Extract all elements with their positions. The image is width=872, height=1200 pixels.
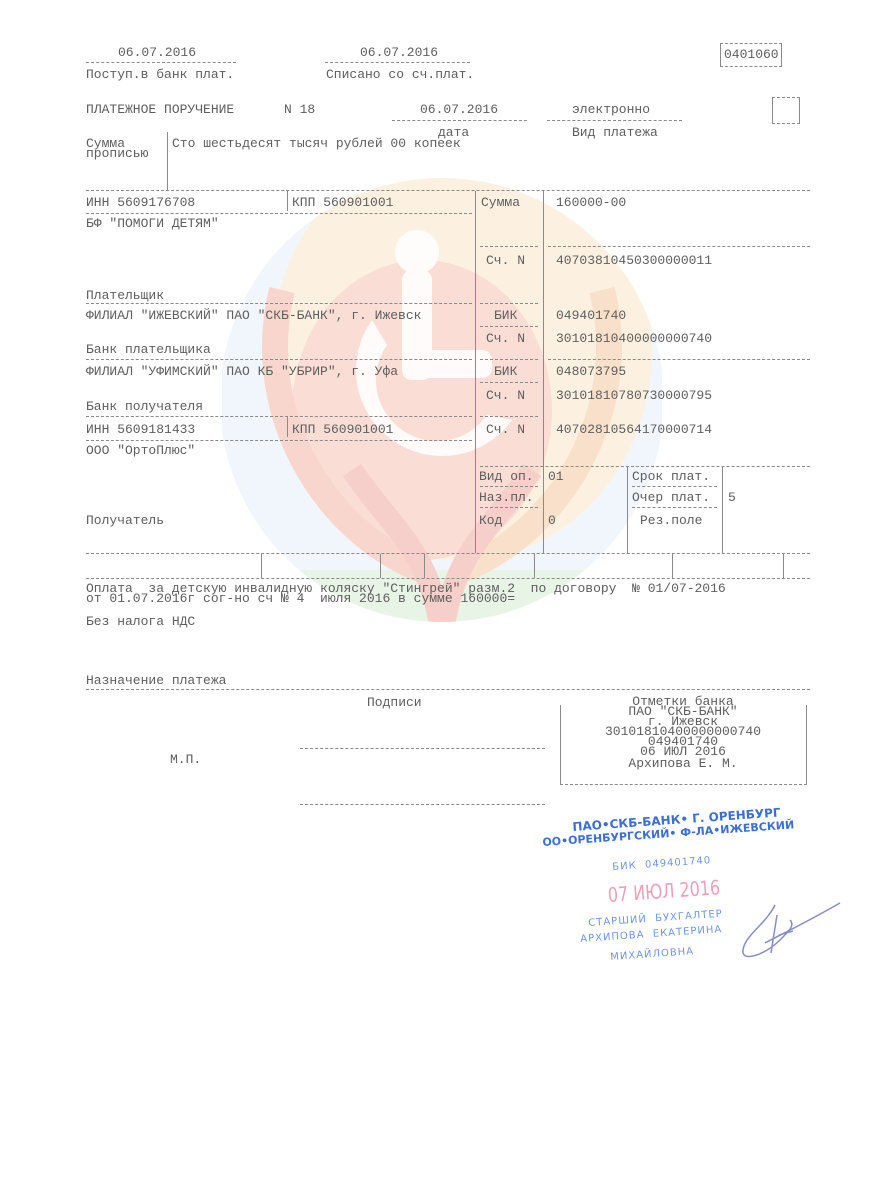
row-divider <box>480 359 538 360</box>
payee-inn: ИНН 5609181433 <box>86 423 195 437</box>
purpose-vat: Без налога НДС <box>86 615 195 629</box>
stamp-line-3: БИК 049401740 <box>612 855 712 873</box>
row-divider <box>548 359 810 360</box>
stamp-date: 07 ИЮЛ 2016 <box>607 875 721 907</box>
row-divider <box>480 507 538 508</box>
seal-label: М.П. <box>170 753 201 767</box>
row-divider <box>632 507 717 508</box>
row-divider <box>86 359 472 360</box>
payer-inn-kpp-divider <box>287 191 288 211</box>
order-date-divider <box>392 120 527 121</box>
payee-bank-bik-label: БИК <box>494 365 517 379</box>
status-box <box>772 97 800 124</box>
tax-field-divider <box>783 554 784 578</box>
payee-account: 40702810564170000714 <box>556 423 712 437</box>
column-divider-labels <box>475 191 476 553</box>
row-divider <box>86 440 472 441</box>
payee-name: ООО "ОртоПлюс" <box>86 444 195 458</box>
form-code-box: 0401060 <box>720 43 782 67</box>
order-date: 06.07.2016 <box>420 103 498 117</box>
column-divider-codes-values <box>722 467 723 553</box>
amount-words: Сто шестьдесят тысяч рублей 00 копеек <box>172 137 461 151</box>
code-value: 0 <box>548 514 556 528</box>
signature-line-2 <box>300 804 545 805</box>
payment-type: электронно <box>572 103 650 117</box>
row-divider <box>86 303 472 304</box>
code-label: Код <box>479 514 502 528</box>
amount-words-label-2: прописью <box>86 149 148 159</box>
amount-value: 160000-00 <box>556 196 626 210</box>
row-divider <box>632 486 717 487</box>
received-label: Поступ.в банк плат. <box>86 68 234 82</box>
payer-account-label: Сч. N <box>486 254 525 268</box>
row-divider <box>480 466 810 467</box>
payer-bank-account-label: Сч. N <box>486 332 525 346</box>
received-date: 06.07.2016 <box>118 46 196 60</box>
purpose-code-label: Наз.пл. <box>479 491 534 505</box>
row-divider <box>86 578 810 579</box>
tax-field-divider <box>380 554 381 578</box>
order-title: ПЛАТЕЖНОЕ ПОРУЧЕНИЕ <box>86 103 234 117</box>
payee-account-label: Сч. N <box>486 423 525 437</box>
payee-bank-account-label: Сч. N <box>486 389 525 403</box>
payee-bank-account: 30101810780730000795 <box>556 389 712 403</box>
purpose-label: Назначение платежа <box>86 674 226 688</box>
priority-label: Очер плат. <box>632 491 710 505</box>
tax-field-divider <box>424 554 425 578</box>
row-divider <box>86 213 472 214</box>
payment-type-divider <box>547 120 682 121</box>
payer-bank-account: 30101810400000000740 <box>556 332 712 346</box>
bank-marks-line: Архипова Е. М. <box>560 757 806 771</box>
debited-date-divider <box>325 62 470 63</box>
payer-name: БФ "ПОМОГИ ДЕТЯМ" <box>86 217 219 231</box>
purpose-line-2: от 01.07.2016г сог-но сч № 4 июля 2016 в… <box>86 594 515 604</box>
payer-bank-bik: 049401740 <box>556 309 626 323</box>
charity-logo-watermark <box>222 170 662 640</box>
bank-marks: Отметки банка ПАО "СКБ-БАНК" г. Ижевск 3… <box>560 697 806 771</box>
tax-field-divider <box>534 554 535 578</box>
row-divider <box>480 416 538 417</box>
bank-marks-bottom-border <box>560 784 807 785</box>
payer-bank-label: Банк плательщика <box>86 343 211 357</box>
tax-field-divider <box>672 554 673 578</box>
stamp-position-3: МИХАЙЛОВНА <box>610 946 694 963</box>
debited-label: Списано со сч.плат. <box>326 68 474 82</box>
received-date-divider <box>86 62 236 63</box>
debited-date: 06.07.2016 <box>360 46 438 60</box>
op-type-value: 01 <box>548 470 564 484</box>
op-type-label: Вид оп. <box>479 470 534 484</box>
row-divider <box>86 689 810 690</box>
handwritten-signature <box>735 895 845 965</box>
row-divider <box>480 382 538 383</box>
signature-line-1 <box>300 748 545 749</box>
payee-bank-label: Банк получателя <box>86 400 203 414</box>
payee-bank-name: ФИЛИАЛ "УФИМСКИЙ" ПАО КБ "УБРИР", г. Уфа <box>86 365 398 379</box>
bank-marks-right-border <box>806 705 807 785</box>
column-divider-codes <box>627 467 628 553</box>
row-divider <box>86 553 810 554</box>
payer-account: 40703810450300000011 <box>556 254 712 268</box>
amount-words-divider <box>167 132 168 190</box>
payee-kpp: КПП 560901001 <box>292 423 393 437</box>
payee-inn-kpp-divider <box>287 417 288 437</box>
payer-bank-bik-label: БИК <box>494 309 517 323</box>
tax-field-divider <box>261 554 262 578</box>
payee-label: Получатель <box>86 514 164 528</box>
row-divider <box>480 303 538 304</box>
row-divider <box>548 246 810 247</box>
row-divider <box>86 416 472 417</box>
row-divider <box>480 486 538 487</box>
payment-type-label: Вид платежа <box>572 126 658 140</box>
payer-kpp: КПП 560901001 <box>292 196 393 210</box>
order-number: N 18 <box>284 103 315 117</box>
reserve-label: Рез.поле <box>640 514 702 528</box>
payee-bank-bik: 048073795 <box>556 365 626 379</box>
amount-label: Сумма <box>481 196 520 210</box>
row-divider <box>86 190 810 191</box>
row-divider <box>480 246 538 247</box>
payer-bank-name: ФИЛИАЛ "ИЖЕВСКИЙ" ПАО "СКБ-БАНК", г. Иже… <box>86 309 421 323</box>
column-divider-values <box>543 191 544 553</box>
row-divider <box>480 326 538 327</box>
payer-label: Плательщик <box>86 289 164 303</box>
priority-value: 5 <box>728 491 736 505</box>
form-code: 0401060 <box>724 48 779 62</box>
payer-inn: ИНН 5609176708 <box>86 196 195 210</box>
signatures-label: Подписи <box>367 696 422 710</box>
due-label: Срок плат. <box>632 470 710 484</box>
